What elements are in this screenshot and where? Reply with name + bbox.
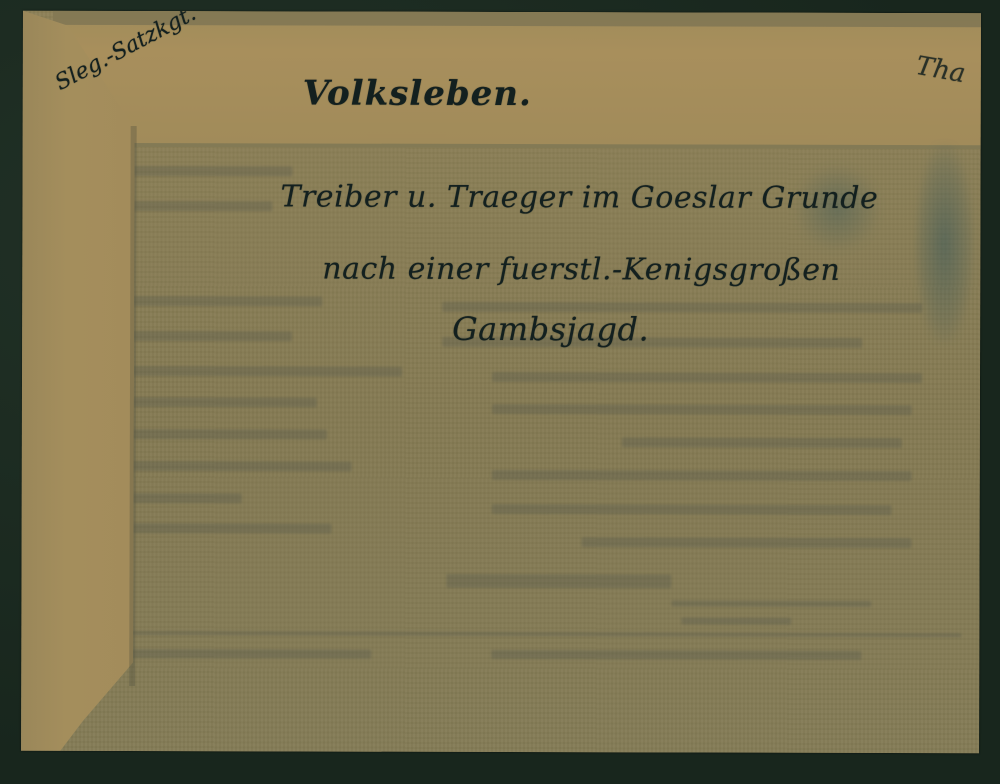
show-through-print: [132, 523, 332, 534]
show-through-print: [622, 437, 902, 448]
show-through-print: [132, 296, 322, 306]
show-through-print: [132, 366, 402, 377]
handwritten-title: Volksleben.: [303, 73, 532, 114]
show-through-print: [132, 429, 327, 440]
show-through-print: [491, 650, 861, 660]
show-through-print: [132, 461, 352, 472]
caption-line-2: nach einer fuerstl.-Kenigsgroßen: [322, 252, 840, 288]
show-through-print: [492, 404, 912, 415]
show-through-print: [133, 166, 293, 176]
caption-line-3: Gambsjagd.: [452, 310, 649, 349]
show-through-print: [492, 470, 912, 481]
ink-stain: [914, 143, 975, 343]
show-through-print: [492, 372, 922, 383]
show-through-print: [132, 331, 292, 341]
envelope-sheet: Sleg.-Satzkgt. Volksleben. Treiber u. Tr…: [21, 11, 981, 754]
show-through-print: [132, 201, 272, 211]
caption-line-1: Treiber u. Traeger im Goeslar Grunde: [280, 179, 878, 216]
show-through-print: [681, 617, 791, 624]
show-through-heading: [446, 574, 671, 589]
left-envelope-flap: [21, 11, 135, 751]
show-through-print: [132, 493, 242, 503]
show-through-print: [671, 600, 871, 607]
show-through-print: [582, 537, 912, 548]
show-through-print: [121, 649, 371, 659]
show-through-print: [492, 504, 892, 515]
show-through-print: [132, 397, 317, 407]
